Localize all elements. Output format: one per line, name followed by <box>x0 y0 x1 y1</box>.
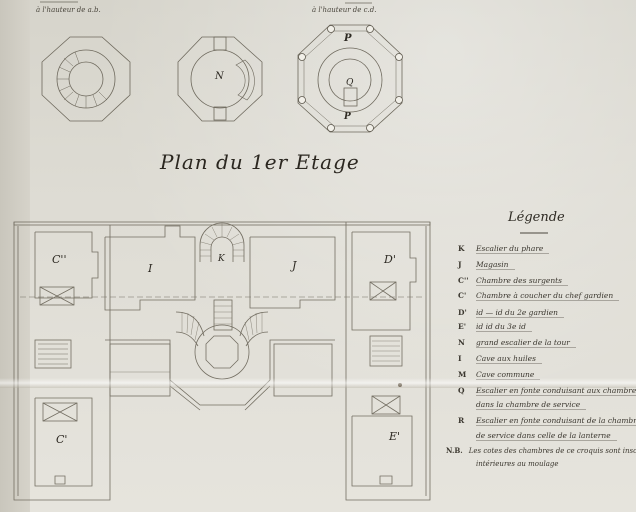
legend-item: REscalier en fonte conduisant de la cham… <box>458 416 636 425</box>
legend-title: Légende <box>508 210 565 225</box>
tower-label-q: Q <box>346 78 353 88</box>
legend-text: id id du 3e id <box>476 322 532 332</box>
legend-text: Chambre des surgents <box>476 276 568 286</box>
tower-section-1 <box>42 37 130 121</box>
tower-label-p-bottom: P <box>344 112 351 122</box>
tower-label-p-top: P <box>344 33 352 44</box>
legend-item-continued: de service dans celle de la lanterne <box>476 431 617 440</box>
room-label-i: I <box>148 262 152 275</box>
legend-item: D'id — id du 2e gardien <box>458 308 564 317</box>
legend-text: Escalier en fonte conduisant de la chamb… <box>476 416 636 426</box>
legend-text: grand escalier de la tour <box>476 338 576 348</box>
room-label-c-prime: C' <box>56 433 67 446</box>
room-label-c-double: C'' <box>52 253 66 266</box>
room-label-k: K <box>218 254 225 264</box>
page-title: Plan du 1er Etage <box>160 150 360 174</box>
legend-item: JMagasin <box>458 260 515 269</box>
legend-text: Chambre à coucher du chef gardien <box>476 291 619 301</box>
legend-key: K <box>458 244 476 253</box>
legend-text: Magasin <box>476 260 515 270</box>
legend-text: id — id du 2e gardien <box>476 308 564 318</box>
legend-key: I <box>458 354 476 363</box>
room-label-e-prime: E' <box>389 430 400 443</box>
legend-item: KEscalier du phare <box>458 244 549 253</box>
paper-crease <box>0 378 636 388</box>
room-label-j: J <box>292 259 296 272</box>
legend-text: Cave aux huiles <box>476 354 542 364</box>
legend-item: Ngrand escalier de la tour <box>458 338 576 347</box>
note-key: N.B. <box>446 446 463 455</box>
tower-label-n: N <box>215 71 224 82</box>
legend-text: Escalier du phare <box>476 244 549 254</box>
room-label-d-prime: D' <box>384 253 396 266</box>
legend-text: de service dans celle de la lanterne <box>476 431 617 441</box>
legend-key: N <box>458 338 476 347</box>
legend-item: C'Chambre à coucher du chef gardien <box>458 291 619 300</box>
note-text: Les cotes des chambres de ce croquis son… <box>469 447 636 455</box>
legend-item-continued: dans la chambre de service <box>476 400 586 409</box>
legend-key: C'' <box>458 276 476 285</box>
legend-key: E' <box>458 322 476 331</box>
legend-key: C' <box>458 291 476 300</box>
legend-item: C''Chambre des surgents <box>458 276 568 285</box>
legend-note-line-2: intérieures au moulage <box>476 460 559 468</box>
legend-item: E'id id du 3e id <box>458 322 532 331</box>
legend-text: dans la chambre de service <box>476 400 586 410</box>
legend-key: R <box>458 416 476 425</box>
legend-key: J <box>458 260 476 269</box>
legend-note-line-1: N.B.Les cotes des chambres de ce croquis… <box>446 446 636 455</box>
legend-item: ICave aux huiles <box>458 354 542 363</box>
legend-key: D' <box>458 308 476 317</box>
